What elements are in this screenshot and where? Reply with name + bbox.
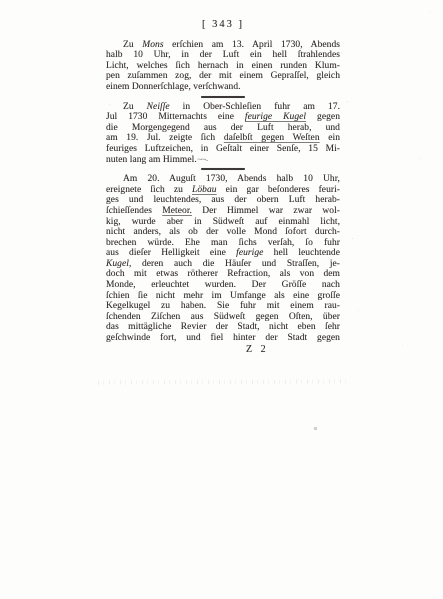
text-line: Licht, welches ſich hernach in einen run… — [106, 61, 340, 72]
text-line: Zu Mons erſchien am 13. April 1730, Aben… — [106, 40, 340, 51]
text-block: [ 343 ] Zu Mons erſchien am 13. April 17… — [106, 20, 340, 355]
scan-noise-speckles — [0, 0, 1, 1]
text-line: ſchenden Ziſchen aus Südweſt gegen Oſten… — [106, 312, 340, 323]
text-line: halb 10 Uhr, in der Luft ein hell ſtrahl… — [106, 50, 340, 61]
scan-noise-band — [98, 379, 346, 384]
text-line: am 19. Jul. zeigte ſich daſelbſt gegen W… — [106, 133, 340, 144]
text-line: Monde, erleuchtet wurden. Der Gröſſe nac… — [106, 280, 340, 291]
text-line: ereignete ſich zu Löbau ein gar beſonder… — [106, 185, 340, 196]
text-line: brechen würde. Ehe man ſichs verſah, ſo … — [106, 238, 340, 249]
section-divider — [201, 168, 245, 170]
text-line: Kegelkugel zu haben. Sie fuhr mit einem … — [106, 301, 340, 312]
signature-mark: Z 2 — [106, 345, 340, 356]
text-line: nicht anders, als ob der volle Mond ſofo… — [106, 227, 340, 238]
text-line: das mittägliche Revier der Stadt, nicht … — [106, 322, 340, 333]
section-divider — [201, 96, 245, 98]
text-line: die Morgengegend aus der Luft herab, und — [106, 123, 340, 134]
text-line: nuten lang am Himmel. ~·~·- — [106, 155, 340, 166]
pencil-mark: ~·~·- — [197, 156, 207, 164]
text-line: doch mit etwas rötherer Refraction, als … — [106, 269, 340, 280]
text-line: aus dieſer Helligkeit eine feurige hell … — [106, 248, 340, 259]
text-line: geſchwinde fort, und fiel hinter der Sta… — [106, 333, 340, 344]
paragraph: Zu Mons erſchien am 13. April 1730, Aben… — [106, 40, 340, 93]
paragraph: Am 20. Auguſt 1730, Abends halb 10 Uhr,e… — [106, 174, 340, 344]
text-line: Jul 1730 Mitternachts eine feurige Kugel… — [106, 112, 340, 123]
paragraph: Zu Neiſſe in Ober-Schleſien fuhr am 17.J… — [106, 102, 340, 166]
paragraphs-container: Zu Mons erſchien am 13. April 1730, Aben… — [106, 40, 340, 344]
text-line: ges und leuchtendes, aus der obern Luft … — [106, 195, 340, 206]
text-line: kig, wurde aber in Südweſt auf einmahl l… — [106, 217, 340, 228]
text-line: einem Donnerſchlage, verſchwand. — [106, 82, 340, 93]
scanned-page: [ 343 ] Zu Mons erſchien am 13. April 17… — [0, 0, 443, 599]
text-line: feuriges Luftzeichen, in Geſtalt einer S… — [106, 144, 340, 155]
text-line: Am 20. Auguſt 1730, Abends halb 10 Uhr, — [106, 174, 340, 185]
text-line: pen zuſammen zog, der mit einem Gepraſſe… — [106, 71, 340, 82]
text-line: ſchieſſendes Meteor. Der Himmel war zwar… — [106, 206, 340, 217]
text-line: Zu Neiſſe in Ober-Schleſien fuhr am 17. — [106, 102, 340, 113]
page-number: [ 343 ] — [106, 20, 340, 31]
text-line: ſchien ſie nicht mehr im Umfange als ein… — [106, 291, 340, 302]
text-line: Kugel, deren auch die Häuſer und Straſſe… — [106, 259, 340, 270]
